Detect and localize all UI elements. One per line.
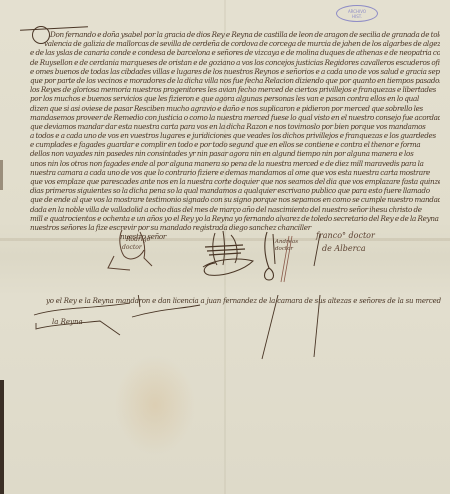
text-line: valencia de galizia de mallorcas de sevi… bbox=[30, 39, 440, 48]
text-line: que por parte de los vecinos e moradores… bbox=[30, 76, 440, 85]
text-line: mandasemos proveer de Remedio con justic… bbox=[30, 113, 440, 122]
text-line: Don fernando e doña ysabel por la gracia… bbox=[30, 30, 440, 39]
text-line: dada en la noble villa de valladolid a o… bbox=[30, 205, 440, 214]
text-line: que deviamos mandar dar esta nuestra car… bbox=[30, 122, 440, 131]
text-line: e omes buenos de todas las cibdades vill… bbox=[30, 67, 440, 76]
text-line: nuestra camara a cada uno de vos que lo … bbox=[30, 168, 440, 177]
page-edge-shadow bbox=[0, 380, 4, 494]
archive-stamp: ARCHIVO HIST. bbox=[336, 5, 378, 22]
signature-1-line2: doctor bbox=[122, 244, 142, 251]
signature-3-line2: doctor bbox=[275, 246, 293, 252]
signature-1-line1: Rodrigo bbox=[126, 236, 150, 243]
text-line: dizen que si asi oviese de pasar Rescibe… bbox=[30, 104, 440, 113]
stamp-line2: HIST. bbox=[352, 14, 362, 19]
text-line: unos nin los otros non fagades ende al p… bbox=[30, 159, 440, 168]
manuscript-body: Don fernando e doña ysabel por la gracia… bbox=[30, 30, 440, 241]
text-line: que de ende al que vos la mostrare testi… bbox=[30, 195, 440, 204]
text-line: los Reyes de gloriosa memoria nuestros p… bbox=[30, 85, 440, 94]
note-flourishes bbox=[30, 295, 430, 365]
text-line: que vos emplaze que parescades ante nos … bbox=[30, 177, 440, 186]
signature-3-line1: Andreas bbox=[275, 239, 298, 245]
text-line: dias primeros siguientes so la dicha pen… bbox=[30, 186, 440, 195]
text-line: de Ruysellon e de cerdania marqueses de … bbox=[30, 58, 440, 67]
signature-rubric-3 bbox=[255, 228, 295, 283]
text-line: dellos non vayades nin pasedes nin consi… bbox=[30, 149, 440, 158]
page-edge-mark bbox=[0, 160, 3, 190]
signature-rubric-4 bbox=[310, 230, 330, 270]
text-line: e de las yslas de canaria conde e condes… bbox=[30, 48, 440, 57]
text-line: por los muchos e buenos servicios que le… bbox=[30, 94, 440, 103]
text-line: mill e quatrocientos e ochenta e un años… bbox=[30, 214, 440, 223]
text-line: a todos e a cada uno de vos en vuestros … bbox=[30, 131, 440, 140]
text-line: e cumplades e fagades guardar e complir … bbox=[30, 140, 440, 149]
manuscript-page: ARCHIVO HIST. Don fernando e doña ysabel… bbox=[0, 0, 450, 494]
